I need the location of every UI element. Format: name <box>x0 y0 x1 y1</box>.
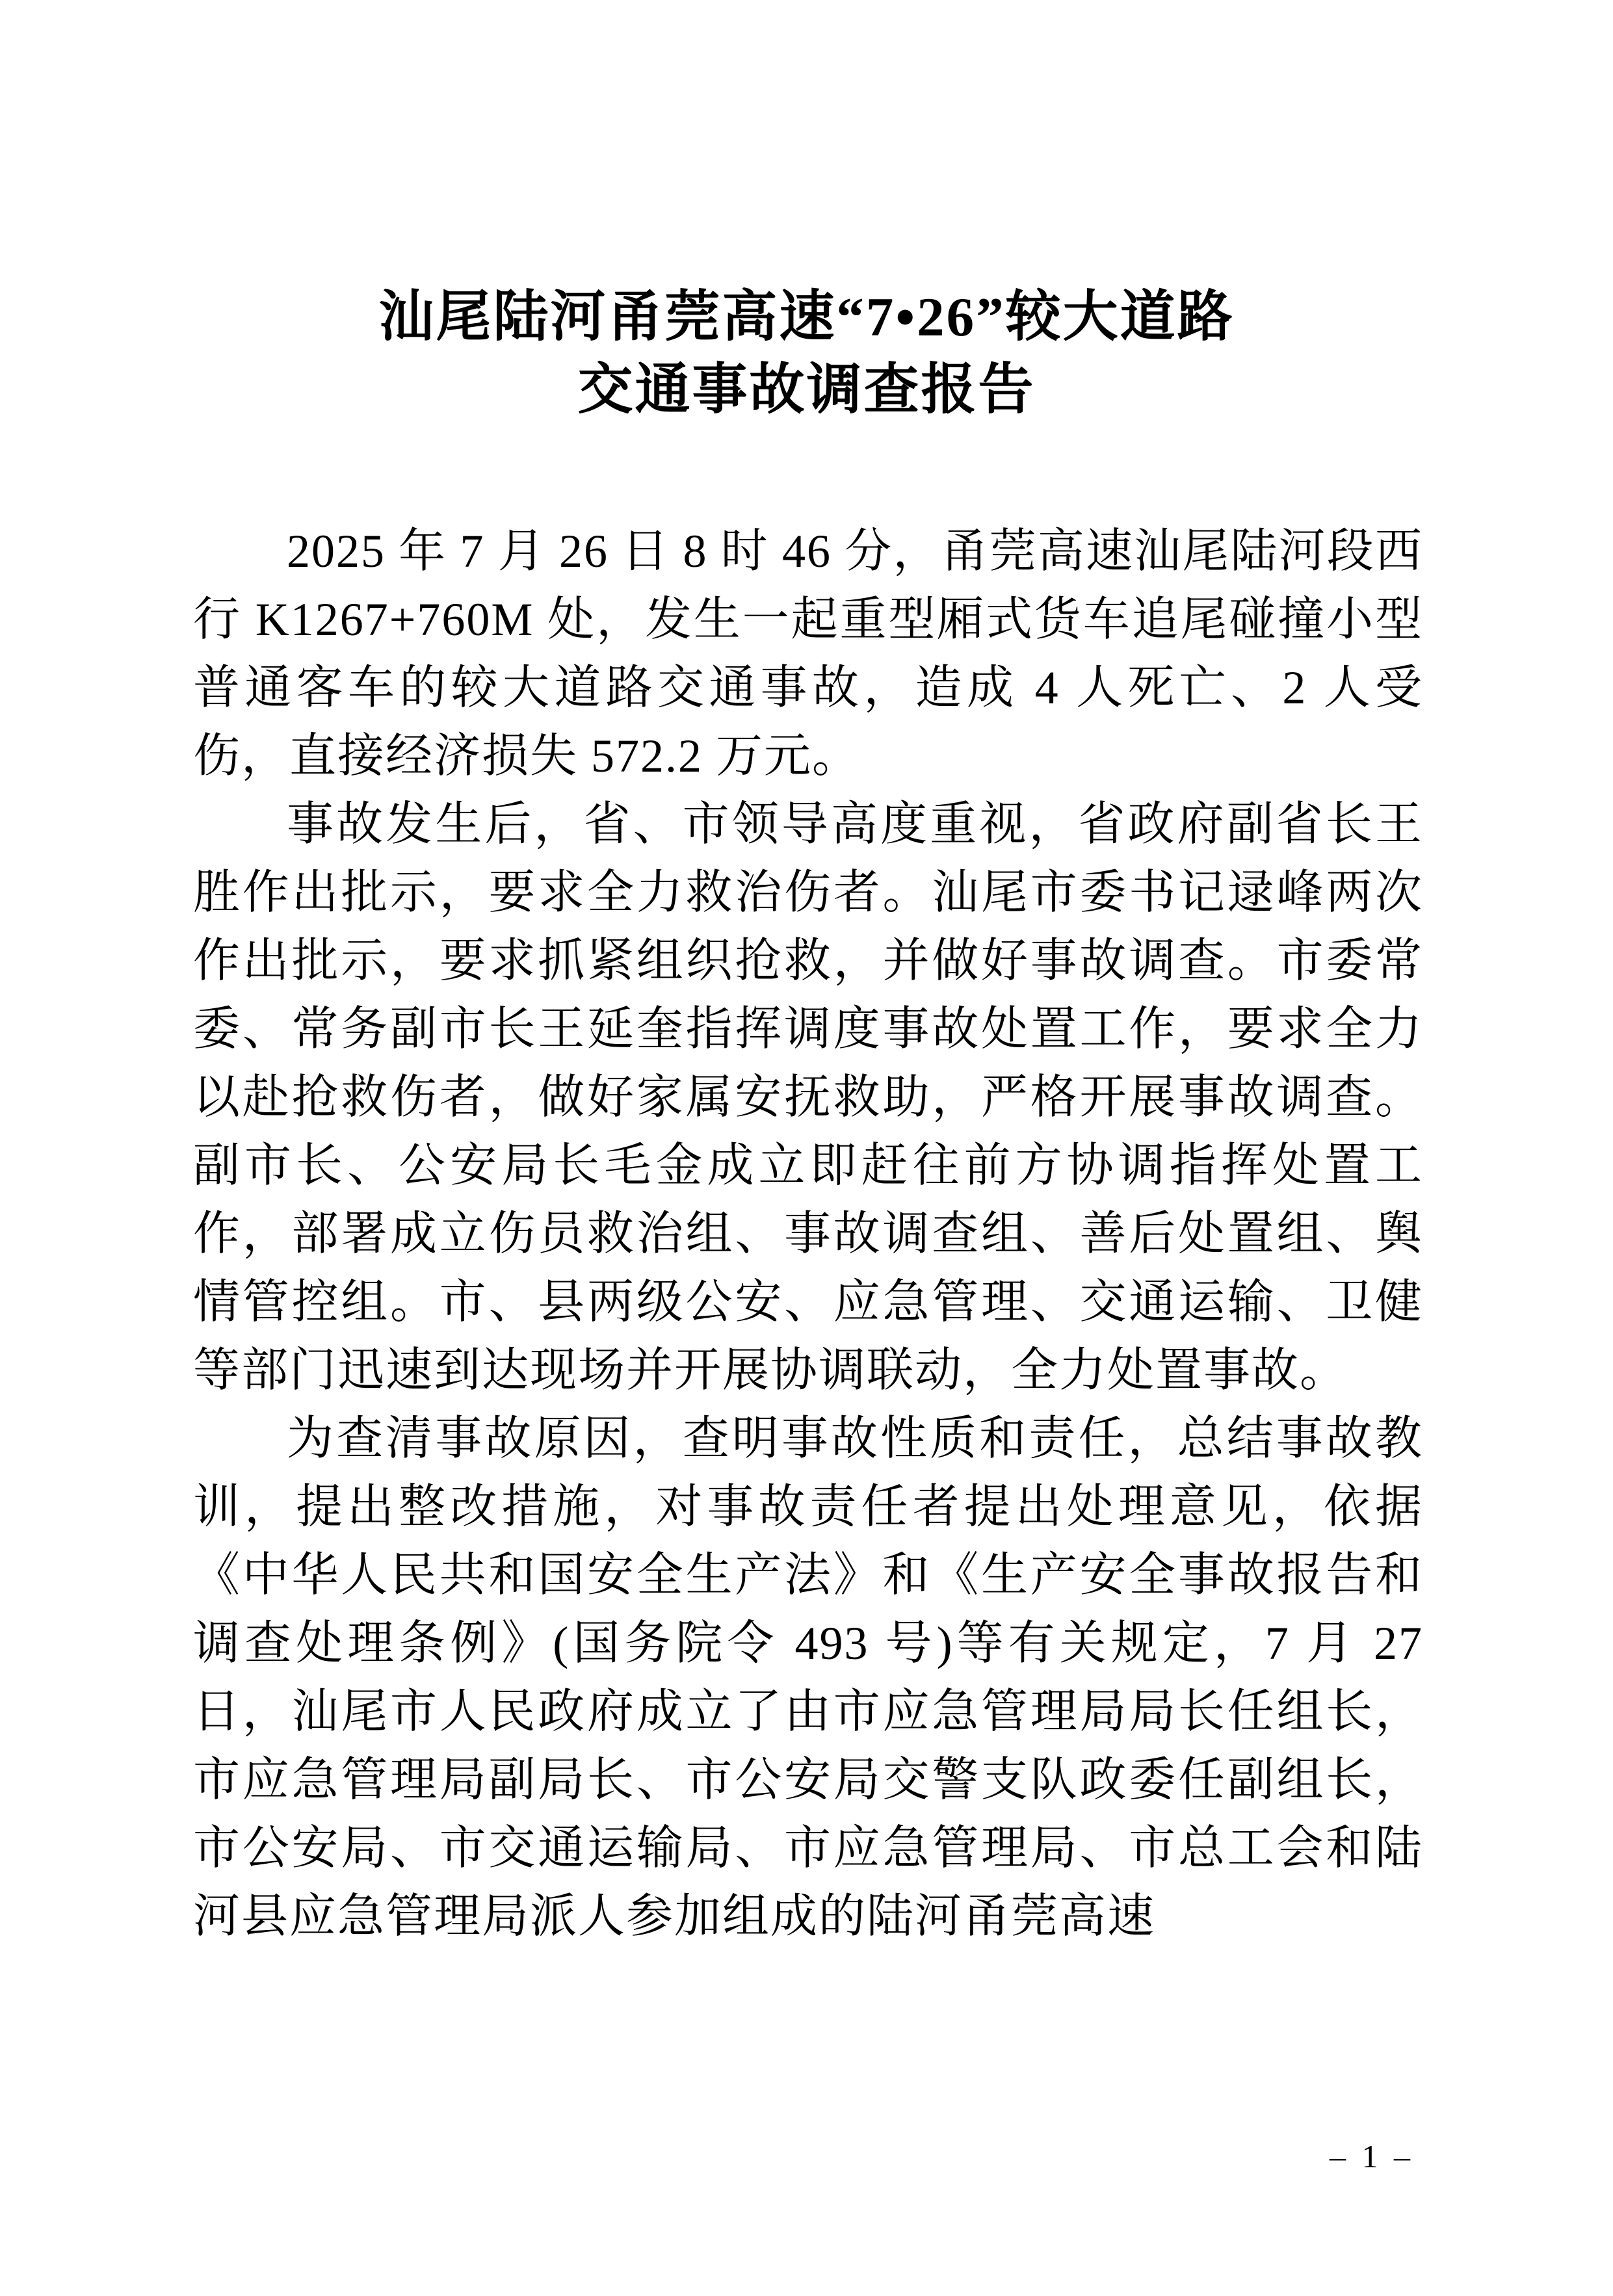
report-body: 2025 年 7 月 26 日 8 时 46 分，甬莞高速汕尾陆河段西行 K12… <box>193 517 1423 1951</box>
paragraph-investigation-team: 为查清事故原因，查明事故性质和责任，总结事故教训，提出整改措施，对事故责任者提出… <box>193 1405 1423 1951</box>
page-number: – 1 – <box>1330 2138 1414 2174</box>
page-footer: – 1 – <box>1330 2137 1414 2175</box>
document-page: 汕尾陆河甬莞高速“7•26”较大道路 交通事故调查报告 2025 年 7 月 2… <box>0 0 1613 2296</box>
report-title-line1: 汕尾陆河甬莞高速“7•26”较大道路 <box>192 281 1421 354</box>
report-title: 汕尾陆河甬莞高速“7•26”较大道路 交通事故调查报告 <box>192 281 1421 426</box>
report-title-line2: 交通事故调查报告 <box>192 354 1421 426</box>
paragraph-response: 事故发生后，省、市领导高度重视，省政府副省长王胜作出批示，要求全力救治伤者。汕尾… <box>193 790 1423 1405</box>
paragraph-overview: 2025 年 7 月 26 日 8 时 46 分，甬莞高速汕尾陆河段西行 K12… <box>193 517 1423 790</box>
